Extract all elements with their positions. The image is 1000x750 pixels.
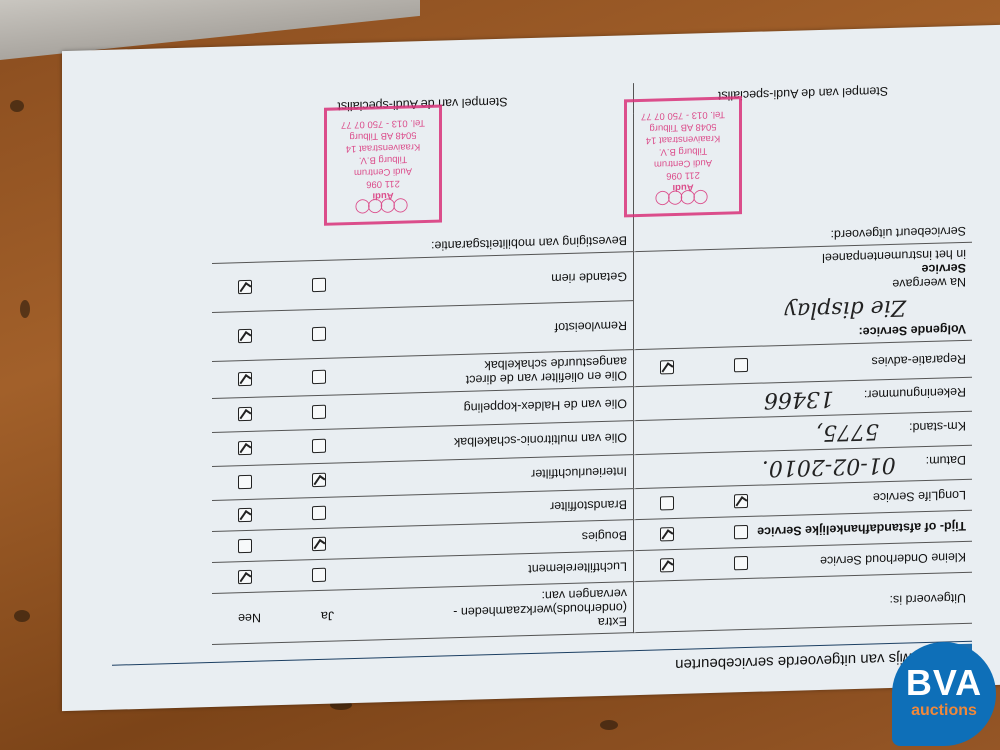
nee-checkbox[interactable] [238, 407, 252, 421]
nee-checkbox[interactable] [238, 372, 252, 386]
wood-knot [600, 720, 618, 730]
ja-checkbox[interactable] [312, 537, 326, 551]
wood-knot [20, 300, 30, 318]
bva-auctions-logo: BVA auctions [892, 642, 996, 746]
nee-checkbox[interactable] [660, 527, 674, 541]
ja-checkbox[interactable] [734, 358, 748, 372]
ja-checkbox[interactable] [312, 568, 326, 582]
datum-value[interactable]: 01-02-2010. [762, 452, 896, 481]
nee-checkbox[interactable] [660, 496, 674, 510]
dealer-stamp-right: ◯◯◯◯ Audi 211 096 Audi CentrumTilburg B.… [324, 105, 442, 226]
ja-checkbox[interactable] [312, 327, 326, 341]
km-stand-value[interactable]: 5775, [816, 418, 879, 445]
ja-checkbox[interactable] [312, 405, 326, 419]
section-label: Uitgevoerd is: [633, 572, 972, 632]
nee-checkbox[interactable] [238, 441, 252, 455]
rekeningnummer-value[interactable]: 13466 [764, 386, 834, 413]
nee-checkbox[interactable] [660, 360, 674, 374]
service-booklet-page: 21 Bewijs van uitgevoerde servicebeurten… [62, 25, 1000, 711]
ja-checkbox[interactable] [734, 494, 748, 508]
ja-checkbox[interactable] [312, 278, 326, 292]
ja-checkbox[interactable] [734, 556, 748, 570]
page-header: 21 Bewijs van uitgevoerde servicebeurten [112, 642, 972, 692]
ja-checkbox[interactable] [312, 473, 326, 487]
wood-knot [10, 100, 24, 112]
nee-checkbox[interactable] [660, 558, 674, 572]
nee-checkbox[interactable] [238, 329, 252, 343]
volgende-service: Volgende Service: Zie display Na weergav… [633, 242, 972, 349]
ja-checkbox[interactable] [312, 439, 326, 453]
volgende-service-value[interactable]: Zie display [640, 295, 906, 327]
nee-checkbox[interactable] [238, 280, 252, 294]
ja-checkbox[interactable] [734, 525, 748, 539]
nee-checkbox[interactable] [238, 570, 252, 584]
nee-checkbox[interactable] [238, 475, 252, 489]
nee-checkbox[interactable] [238, 508, 252, 522]
ja-checkbox[interactable] [312, 506, 326, 520]
ja-checkbox[interactable] [312, 370, 326, 384]
dealer-stamp-left: ◯◯◯◯ Audi 211 096 Audi CentrumTilburg B.… [624, 96, 742, 217]
wood-knot [14, 610, 30, 622]
nee-checkbox[interactable] [238, 539, 252, 553]
